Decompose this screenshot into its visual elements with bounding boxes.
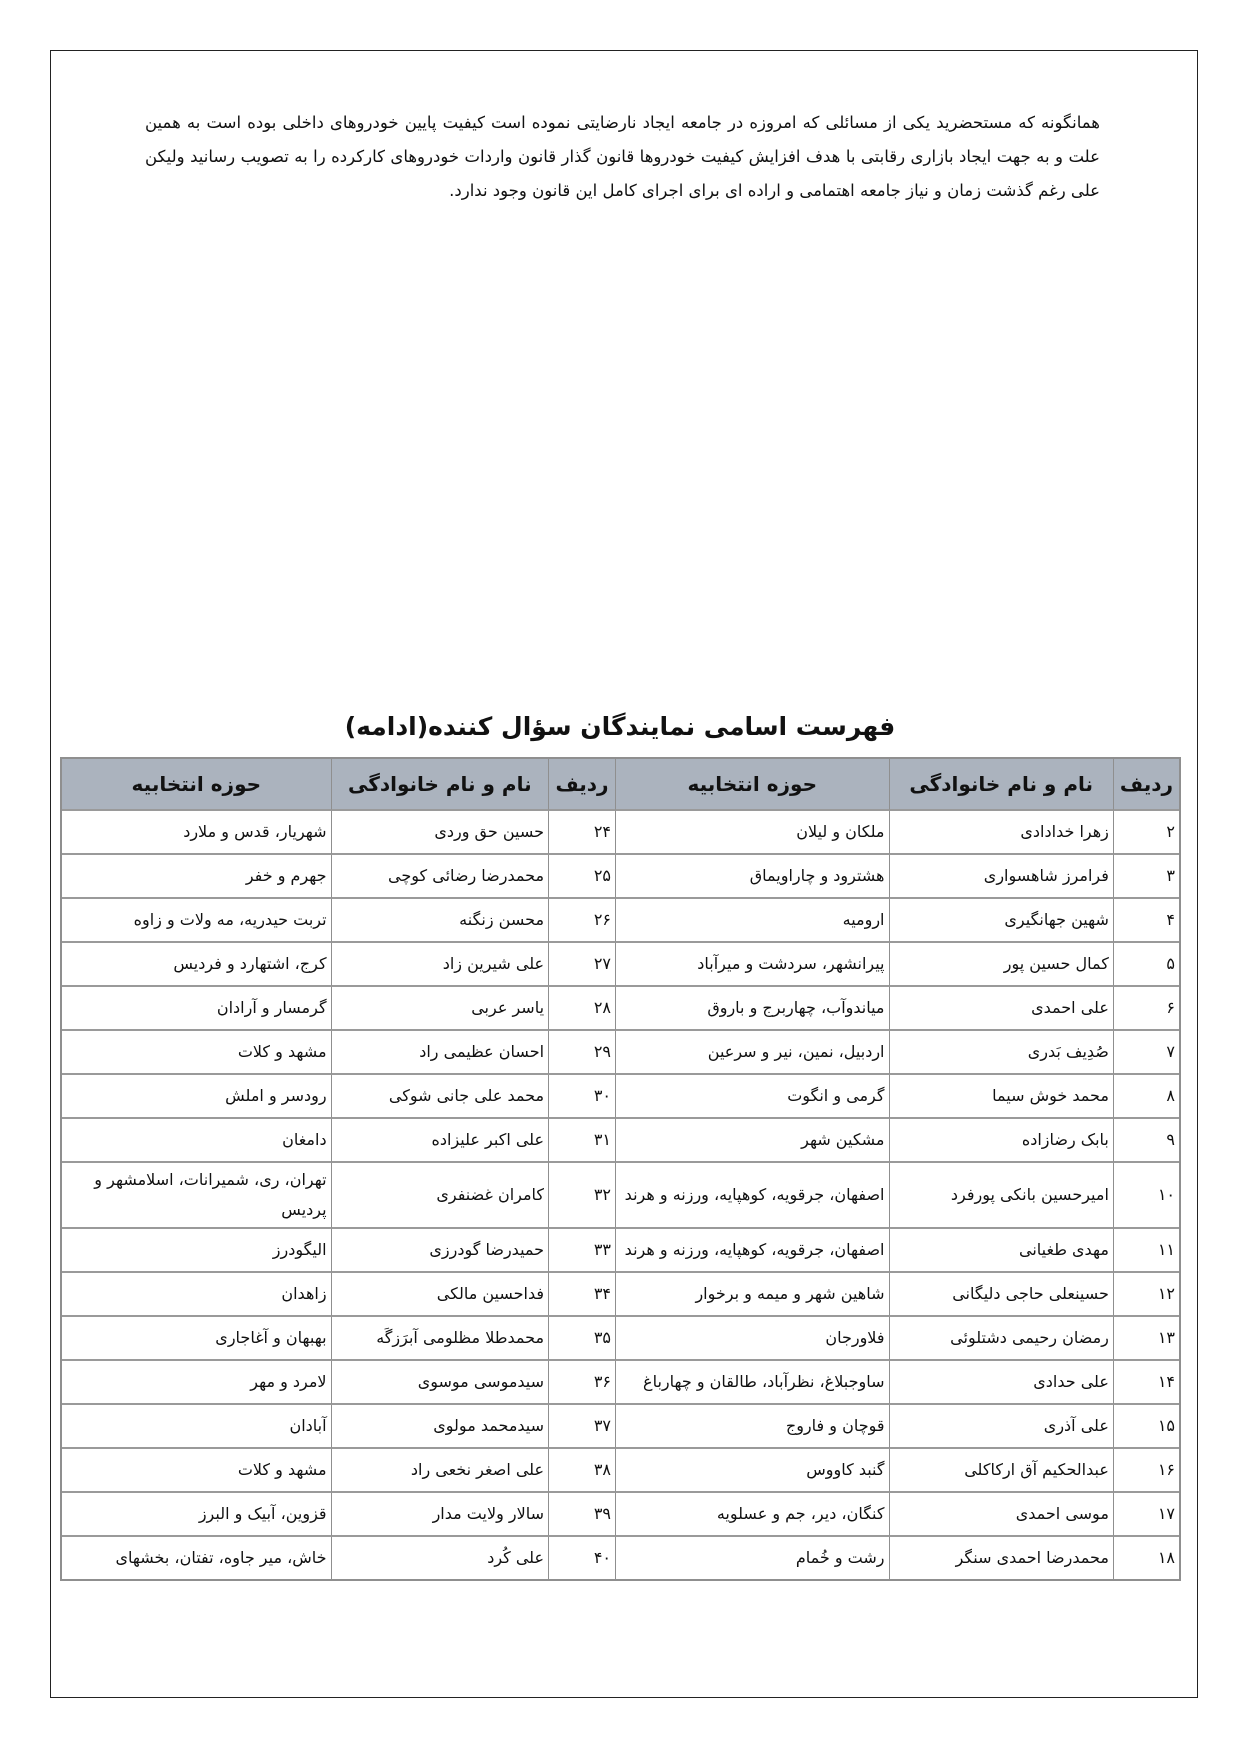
table-row: ۸محمد خوش سیماگرمی و انگوت۳۰محمد علی جان… [62, 1075, 1179, 1119]
cell-name-1: علی حدادی [889, 1361, 1113, 1405]
cell-district-2: گرمسار و آرادان [62, 987, 331, 1031]
cell-radif-1: ۲ [1113, 811, 1179, 855]
cell-radif-1: ۹ [1113, 1119, 1179, 1163]
header-radif-2: ردیف [548, 759, 615, 811]
cell-name-1: شهین جهانگیری [889, 899, 1113, 943]
table-row: ۱۰امیرحسین بانکی پورفرداصفهان، جرقویه، ک… [62, 1163, 1179, 1229]
cell-radif-2: ۲۶ [548, 899, 615, 943]
table-row: ۵کمال حسین پورپیرانشهر، سردشت و میرآباد۲… [62, 943, 1179, 987]
cell-radif-2: ۳۷ [548, 1405, 615, 1449]
cell-name-1: بابک رضازاده [889, 1119, 1113, 1163]
cell-radif-2: ۳۰ [548, 1075, 615, 1119]
cell-district-1: اصفهان، جرقویه، کوهپایه، ورزنه و هرند [615, 1229, 888, 1273]
cell-radif-2: ۲۹ [548, 1031, 615, 1075]
cell-radif-2: ۳۳ [548, 1229, 615, 1273]
cell-district-2: تهران، ری، شمیرانات، اسلامشهر و پردیس [62, 1163, 331, 1229]
cell-name-1: محمد خوش سیما [889, 1075, 1113, 1119]
intro-paragraph: همانگونه که مستحضرید یکی از مسائلی که ام… [145, 106, 1100, 208]
cell-name-2: محمد علی جانی شوکی [331, 1075, 548, 1119]
table-row: ۱۳رمضان رحیمی دشتلوئیفلاورجان۳۵محمدطلا م… [62, 1317, 1179, 1361]
cell-district-1: شاهین شهر و میمه و برخوار [615, 1273, 888, 1317]
cell-name-1: فرامرز شاهسواری [889, 855, 1113, 899]
cell-district-2: آبادان [62, 1405, 331, 1449]
cell-radif-1: ۱۰ [1113, 1163, 1179, 1229]
cell-name-2: سالار ولایت مدار [331, 1493, 548, 1537]
cell-name-2: حمیدرضا گودرزی [331, 1229, 548, 1273]
cell-name-1: امیرحسین بانکی پورفرد [889, 1163, 1113, 1229]
cell-district-1: ساوجبلاغ، نظرآباد، طالقان و چهارباغ [615, 1361, 888, 1405]
cell-district-1: رشت و خُمام [615, 1537, 888, 1579]
cell-name-2: سیدمحمد مولوی [331, 1405, 548, 1449]
cell-name-1: زهرا خدادادی [889, 811, 1113, 855]
table-row: ۱۷موسی احمدیکنگان، دیر، جم و عسلویه۳۹سال… [62, 1493, 1179, 1537]
cell-name-2: محمدرضا رضائی کوچی [331, 855, 548, 899]
cell-name-2: علی اصغر نخعی راد [331, 1449, 548, 1493]
cell-radif-1: ۷ [1113, 1031, 1179, 1075]
cell-name-1: کمال حسین پور [889, 943, 1113, 987]
table-row: ۱۱مهدی طغیانیاصفهان، جرقویه، کوهپایه، ور… [62, 1229, 1179, 1273]
cell-name-2: علی شیرین زاد [331, 943, 548, 987]
table-row: ۱۲حسینعلی حاجی دلیگانیشاهین شهر و میمه و… [62, 1273, 1179, 1317]
cell-name-1: مهدی طغیانی [889, 1229, 1113, 1273]
cell-radif-2: ۳۲ [548, 1163, 615, 1229]
cell-radif-1: ۵ [1113, 943, 1179, 987]
cell-radif-1: ۱۳ [1113, 1317, 1179, 1361]
cell-district-1: گرمی و انگوت [615, 1075, 888, 1119]
cell-district-1: مشکین شهر [615, 1119, 888, 1163]
cell-name-1: حسینعلی حاجی دلیگانی [889, 1273, 1113, 1317]
cell-district-1: قوچان و فاروج [615, 1405, 888, 1449]
table-title: فهرست اسامی نمایندگان سؤال کننده(ادامه) [60, 712, 1180, 741]
table-row: ۱۸محمدرضا احمدی سنگررشت و خُمام۴۰علی کُر… [62, 1537, 1179, 1579]
table-row: ۲زهرا خدادادیملکان و لیلان۲۴حسین حق وردی… [62, 811, 1179, 855]
table-row: ۹بابک رضازادهمشکین شهر۳۱علی اکبر علیزاده… [62, 1119, 1179, 1163]
header-name-1: نام و نام خانوادگی [889, 759, 1113, 811]
cell-name-2: محسن زنگنه [331, 899, 548, 943]
cell-radif-2: ۲۸ [548, 987, 615, 1031]
cell-district-1: اصفهان، جرقویه، کوهپایه، ورزنه و هرند [615, 1163, 888, 1229]
cell-district-1: ارومیه [615, 899, 888, 943]
table-row: ۴شهین جهانگیریارومیه۲۶محسن زنگنهتربت حید… [62, 899, 1179, 943]
cell-district-1: میاندوآب، چهاربرج و باروق [615, 987, 888, 1031]
cell-name-2: علی کُرد [331, 1537, 548, 1579]
cell-radif-1: ۴ [1113, 899, 1179, 943]
table-row: ۳فرامرز شاهسواریهشترود و چاراویماق۲۵محمد… [62, 855, 1179, 899]
cell-district-2: زاهدان [62, 1273, 331, 1317]
cell-district-1: پیرانشهر، سردشت و میرآباد [615, 943, 888, 987]
table-row: ۱۶عبدالحکیم آق ارکاکلیگنبد کاووس۳۸علی اص… [62, 1449, 1179, 1493]
cell-district-1: ملکان و لیلان [615, 811, 888, 855]
cell-district-2: بهبهان و آغاجاری [62, 1317, 331, 1361]
cell-radif-2: ۴۰ [548, 1537, 615, 1579]
cell-name-1: علی آذری [889, 1405, 1113, 1449]
cell-name-2: سیدموسی موسوی [331, 1361, 548, 1405]
cell-district-2: مشهد و کلات [62, 1449, 331, 1493]
cell-radif-2: ۲۷ [548, 943, 615, 987]
cell-name-1: محمدرضا احمدی سنگر [889, 1537, 1113, 1579]
cell-name-1: عبدالحکیم آق ارکاکلی [889, 1449, 1113, 1493]
cell-radif-1: ۱۷ [1113, 1493, 1179, 1537]
cell-radif-1: ۱۴ [1113, 1361, 1179, 1405]
header-name-2: نام و نام خانوادگی [331, 759, 548, 811]
cell-radif-1: ۱۸ [1113, 1537, 1179, 1579]
cell-district-1: فلاورجان [615, 1317, 888, 1361]
cell-radif-1: ۱۵ [1113, 1405, 1179, 1449]
cell-radif-1: ۶ [1113, 987, 1179, 1031]
cell-name-2: محمدطلا مظلومی آبرَزگَه [331, 1317, 548, 1361]
cell-district-2: رودسر و املش [62, 1075, 331, 1119]
table-header-row: ردیف نام و نام خانوادگی حوزه انتخابیه رد… [62, 759, 1179, 811]
cell-district-2: شهریار، قدس و ملارد [62, 811, 331, 855]
cell-district-2: تربت حیدریه، مه ولات و زاوه [62, 899, 331, 943]
table-row: ۱۵علی آذریقوچان و فاروج۳۷سیدمحمد مولویآب… [62, 1405, 1179, 1449]
cell-name-2: کامران غضنفری [331, 1163, 548, 1229]
cell-district-1: گنبد کاووس [615, 1449, 888, 1493]
representatives-table: ردیف نام و نام خانوادگی حوزه انتخابیه رد… [60, 757, 1181, 1581]
cell-district-2: جهرم و خفر [62, 855, 331, 899]
cell-name-1: صُدِیف بَدری [889, 1031, 1113, 1075]
cell-district-2: قزوین، آبیک و البرز [62, 1493, 331, 1537]
cell-radif-2: ۲۴ [548, 811, 615, 855]
header-district-1: حوزه انتخابیه [615, 759, 888, 811]
cell-district-2: الیگودرز [62, 1229, 331, 1273]
cell-district-2: لامرد و مهر [62, 1361, 331, 1405]
table-row: ۱۴علی حدادیساوجبلاغ، نظرآباد، طالقان و چ… [62, 1361, 1179, 1405]
cell-radif-1: ۱۱ [1113, 1229, 1179, 1273]
cell-radif-1: ۱۶ [1113, 1449, 1179, 1493]
table-row: ۷صُدِیف بَدریاردبیل، نمین، نیر و سرعین۲۹… [62, 1031, 1179, 1075]
cell-radif-2: ۳۴ [548, 1273, 615, 1317]
cell-district-1: کنگان، دیر، جم و عسلویه [615, 1493, 888, 1537]
cell-name-2: فداحسین مالکی [331, 1273, 548, 1317]
cell-name-1: علی احمدی [889, 987, 1113, 1031]
table-row: ۶علی احمدیمیاندوآب، چهاربرج و باروق۲۸یاس… [62, 987, 1179, 1031]
cell-district-2: مشهد و کلات [62, 1031, 331, 1075]
header-district-2: حوزه انتخابیه [62, 759, 331, 811]
cell-district-2: دامغان [62, 1119, 331, 1163]
cell-name-1: رمضان رحیمی دشتلوئی [889, 1317, 1113, 1361]
cell-name-2: یاسر عربی [331, 987, 548, 1031]
cell-district-1: اردبیل، نمین، نیر و سرعین [615, 1031, 888, 1075]
cell-district-2: کرج، اشتهارد و فردیس [62, 943, 331, 987]
cell-district-2: خاش، میر جاوه، تفتان، بخشهای [62, 1537, 331, 1579]
cell-radif-1: ۸ [1113, 1075, 1179, 1119]
cell-radif-2: ۳۱ [548, 1119, 615, 1163]
cell-radif-2: ۳۹ [548, 1493, 615, 1537]
cell-name-1: موسی احمدی [889, 1493, 1113, 1537]
cell-district-1: هشترود و چاراویماق [615, 855, 888, 899]
cell-radif-1: ۱۲ [1113, 1273, 1179, 1317]
cell-radif-2: ۳۸ [548, 1449, 615, 1493]
cell-name-2: احسان عظیمی راد [331, 1031, 548, 1075]
cell-name-2: حسین حق وردی [331, 811, 548, 855]
cell-radif-2: ۲۵ [548, 855, 615, 899]
cell-name-2: علی اکبر علیزاده [331, 1119, 548, 1163]
cell-radif-2: ۳۶ [548, 1361, 615, 1405]
cell-radif-2: ۳۵ [548, 1317, 615, 1361]
header-radif-1: ردیف [1113, 759, 1179, 811]
cell-radif-1: ۳ [1113, 855, 1179, 899]
